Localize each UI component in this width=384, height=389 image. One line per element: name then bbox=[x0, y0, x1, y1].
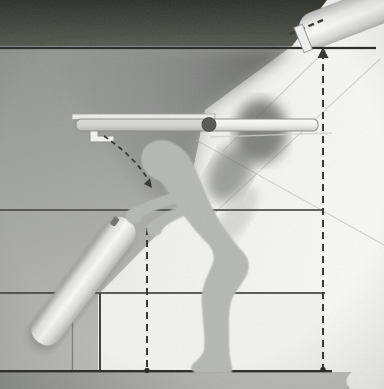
illustration-canvas bbox=[0, 0, 384, 389]
vignette-overlay bbox=[0, 0, 384, 389]
attic-installation-illustration bbox=[0, 0, 384, 389]
